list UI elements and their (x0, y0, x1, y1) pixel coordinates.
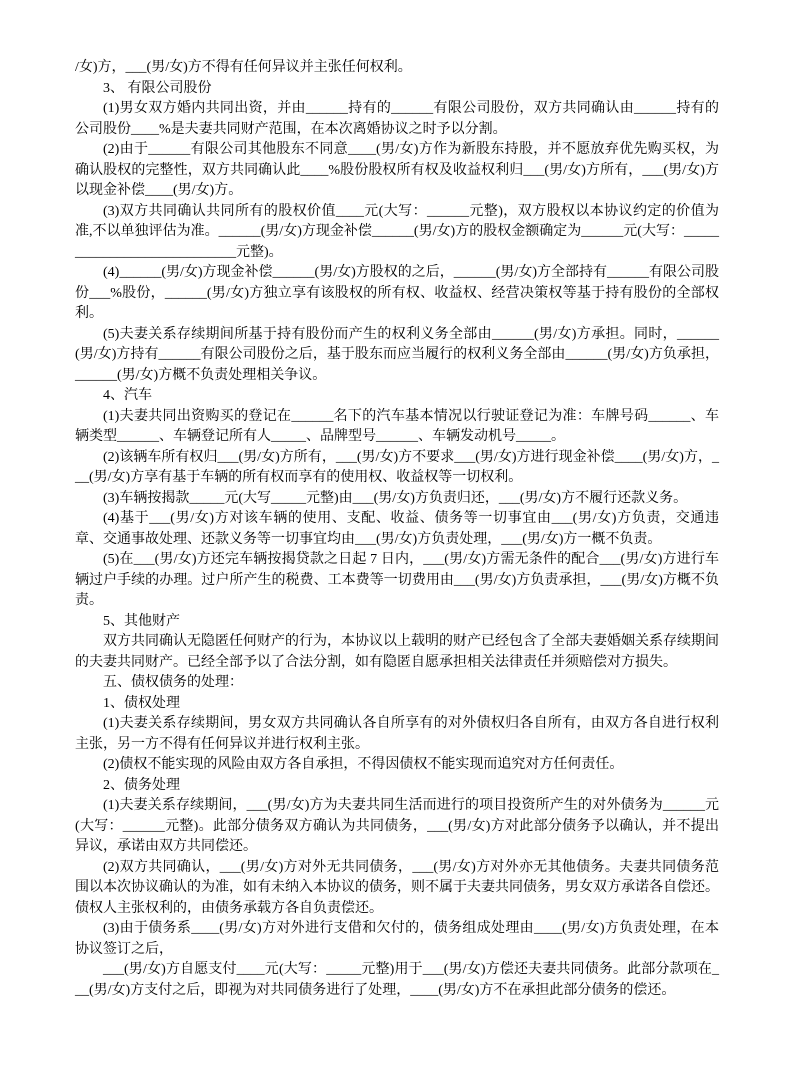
heading-debts-section: 五、债权债务的处理： (75, 673, 719, 694)
heading-debt-handling: 2、债务处理 (75, 776, 719, 797)
document-page: /女)方，___(男/女)方不得有任何异议并主张任何权利。 3、 有限公司股份 … (0, 0, 793, 1092)
paragraph-debt-3: (3)由于债务系____(男/女)方对外进行支借和欠付的，债务组成处理由____… (75, 919, 719, 960)
paragraph-debt-1: (1)夫妻关系存续期间，___(男/女)方为夫妻共同生活而进行的项目投资所产生的… (75, 796, 719, 858)
paragraph-credit-2: (2)债权不能实现的风险由双方各自承担，不得因债权不能实现而追究对方任何责任。 (75, 755, 719, 776)
paragraph-continuation: /女)方，___(男/女)方不得有任何异议并主张任何权利。 (75, 58, 719, 79)
paragraph-debt-2: (2)双方共同确认，___(男/女)方对外无共同债务，___(男/女)方对外亦无… (75, 858, 719, 920)
paragraph-car-3: (3)车辆按揭款_____元(大写_____元整)由___(男/女)方负责归还，… (75, 489, 719, 510)
heading-credit-handling: 1、债权处理 (75, 694, 719, 715)
paragraph-shares-5: (5)夫妻关系存续期间所基于持有股份而产生的权利义务全部由______(男/女)… (75, 325, 719, 387)
paragraph-car-5: (5)在___(男/女)方还完车辆按揭贷款之日起 7 日内，___(男/女)方需… (75, 550, 719, 612)
paragraph-car-4: (4)基于___(男/女)方对该车辆的使用、支配、收益、债务等一切事宜由___(… (75, 509, 719, 550)
heading-other-property: 5、其他财产 (75, 612, 719, 633)
paragraph-shares-3: (3)双方共同确认共同所有的股权价值____元(大写：______元整)，双方股… (75, 202, 719, 264)
heading-company-shares: 3、 有限公司股份 (75, 79, 719, 100)
paragraph-debt-3-payment: ___(男/女)方自愿支付____元(大写：_____元整)用于___(男/女)… (75, 960, 719, 1001)
heading-car: 4、汽车 (75, 386, 719, 407)
paragraph-shares-2: (2)由于______有限公司其他股东不同意____(男/女)方作为新股东持股，… (75, 140, 719, 202)
paragraph-shares-1: (1)男女双方婚内共同出资，并由______持有的______有限公司股份，双方… (75, 99, 719, 140)
paragraph-other-property: 双方共同确认无隐匿任何财产的行为，本协议以上载明的财产已经包含了全部夫妻婚姻关系… (75, 632, 719, 673)
paragraph-credit-1: (1)夫妻关系存续期间，男女双方共同确认各自所享有的对外债权归各自所有，由双方各… (75, 714, 719, 755)
paragraph-car-2: (2)该辆车所有权归___(男/女)方所有，___(男/女)方不要求___(男/… (75, 448, 719, 489)
paragraph-car-1: (1)夫妻共同出资购买的登记在______名下的汽车基本情况以行驶证登记为准：车… (75, 407, 719, 448)
paragraph-shares-4: (4)______(男/女)方现金补偿______(男/女)方股权的之后，___… (75, 263, 719, 325)
